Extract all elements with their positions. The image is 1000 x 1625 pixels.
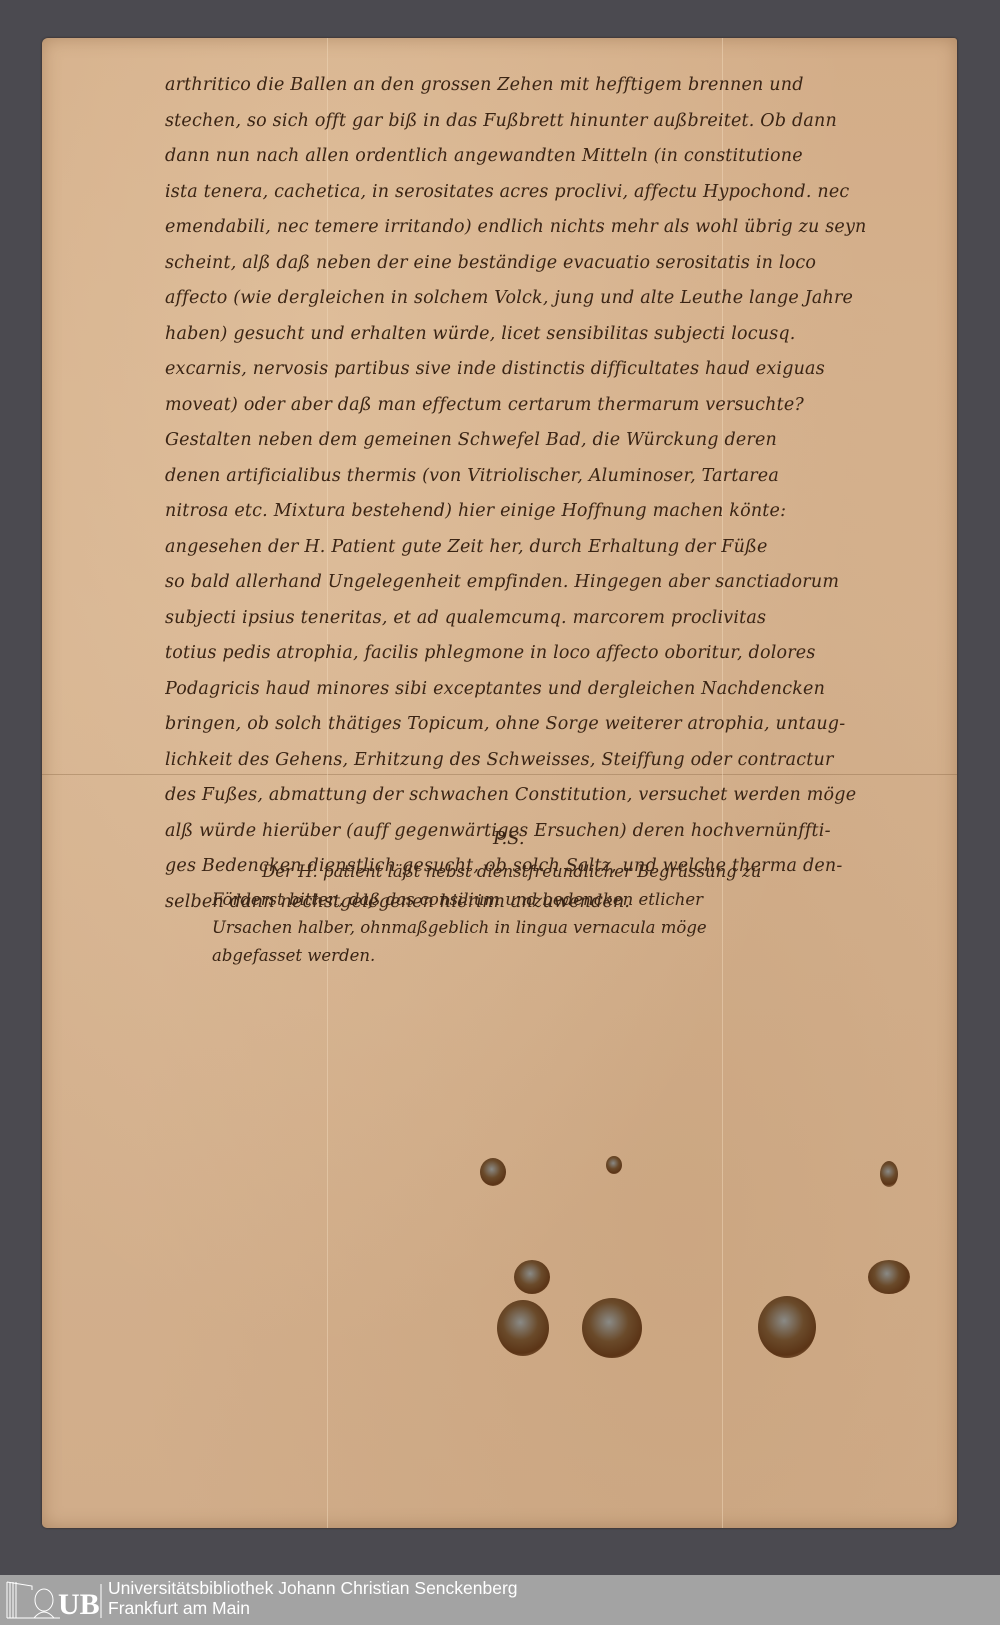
wax-seal-stain xyxy=(880,1161,898,1187)
portrait-logo-icon: UB xyxy=(4,1580,102,1620)
wax-seal-stain xyxy=(514,1260,550,1294)
text-line: Podagricis haud minores sibi exceptantes… xyxy=(165,672,925,708)
text-line: scheint, alß daß neben der eine beständi… xyxy=(165,246,925,282)
wax-seal-stain xyxy=(582,1298,642,1358)
text-line: arthritico die Ballen an den grossen Zeh… xyxy=(165,68,925,104)
text-line: affecto (wie dergleichen in solchem Volc… xyxy=(165,281,925,317)
postscript-line: Ursachen halber, ohnmaßgeblich in lingua… xyxy=(212,914,922,942)
postscript-label: P.S. xyxy=(493,828,525,849)
institution-name: Universitätsbibliothek Johann Christian … xyxy=(108,1578,518,1618)
ub-logo[interactable]: UB xyxy=(4,1580,102,1620)
letter-body: arthritico die Ballen an den grossen Zeh… xyxy=(165,68,925,920)
text-line: subjecti ipsius teneritas, et ad qualemc… xyxy=(165,601,925,637)
text-line: bringen, ob solch thätiges Topicum, ohne… xyxy=(165,707,925,743)
wax-seal-stain xyxy=(497,1300,549,1356)
text-line: alß würde hierüber (auff gegenwärtiges E… xyxy=(165,814,925,850)
text-line: so bald allerhand Ungelegenheit empfinde… xyxy=(165,565,925,601)
text-line: emendabili, nec temere irritando) endlic… xyxy=(165,210,925,246)
wax-seal-stain xyxy=(480,1158,506,1186)
text-line: dann nun nach allen ordentlich angewandt… xyxy=(165,139,925,175)
text-line: des Fußes, abmattung der schwachen Const… xyxy=(165,778,925,814)
text-line: Gestalten neben dem gemeinen Schwefel Ba… xyxy=(165,423,925,459)
wax-seal-stain xyxy=(758,1296,816,1358)
postscript-body: Der H. patient läßt nebst dienstfreundli… xyxy=(212,858,922,970)
text-line: moveat) oder aber daß man effectum certa… xyxy=(165,388,925,424)
text-line: excarnis, nervosis partibus sive inde di… xyxy=(165,352,925,388)
wax-seal-stain xyxy=(606,1156,622,1174)
text-line: stechen, so sich offt gar biß in das Fuß… xyxy=(165,104,925,140)
postscript-line: abgefasset werden. xyxy=(212,942,922,970)
text-line: angesehen der H. Patient gute Zeit her, … xyxy=(165,530,925,566)
text-line: nitrosa etc. Mixtura bestehend) hier ein… xyxy=(165,494,925,530)
institution-line-1: Universitätsbibliothek Johann Christian … xyxy=(108,1578,518,1598)
svg-text:UB: UB xyxy=(58,1588,100,1620)
text-line: ista tenera, cachetica, in serositates a… xyxy=(165,175,925,211)
text-line: totius pedis atrophia, facilis phlegmone… xyxy=(165,636,925,672)
text-line: lichkeit des Gehens, Erhitzung des Schwe… xyxy=(165,743,925,779)
wax-seal-stain xyxy=(868,1260,910,1294)
library-footer: UB Universitätsbibliothek Johann Christi… xyxy=(0,1575,1000,1625)
text-line: denen artificialibus thermis (von Vitrio… xyxy=(165,459,925,495)
postscript-line: Der H. patient läßt nebst dienstfreundli… xyxy=(212,858,922,886)
institution-line-2: Frankfurt am Main xyxy=(108,1598,518,1618)
text-line: haben) gesucht und erhalten würde, licet… xyxy=(165,317,925,353)
postscript-line: Förderst bitten, daß das consilium und b… xyxy=(212,886,922,914)
